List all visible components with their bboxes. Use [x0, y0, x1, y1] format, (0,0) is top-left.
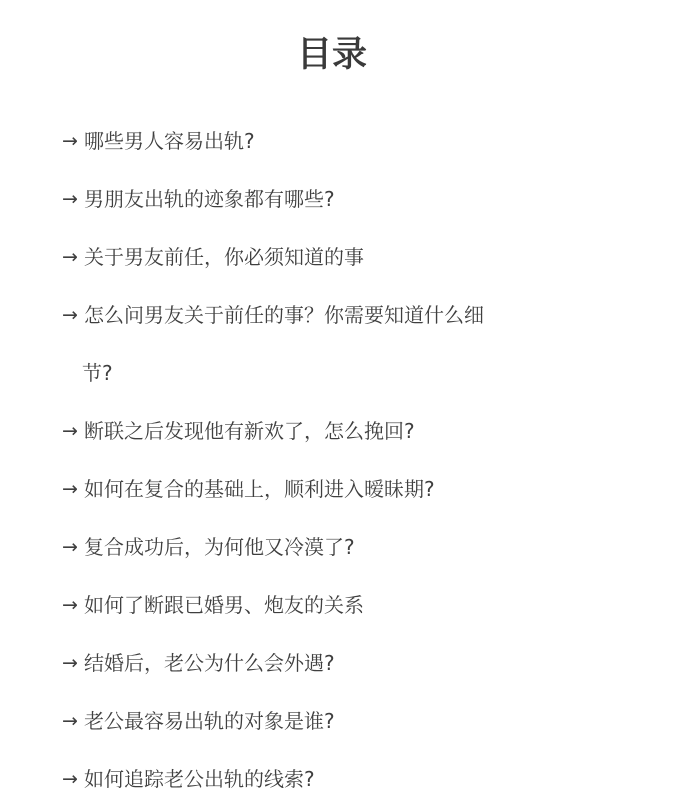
toc-item-3[interactable]: → 关于男友前任，你必须知道的事: [62, 228, 582, 286]
arrow-right-icon: →: [62, 634, 84, 692]
arrow-right-icon: →: [62, 286, 84, 344]
toc-item-label[interactable]: 如何了断跟已婚男、炮友的关系: [84, 576, 364, 634]
arrow-right-icon: →: [62, 750, 84, 805]
toc-item-label[interactable]: 男朋友出轨的迹象都有哪些?: [84, 170, 335, 228]
toc-item-2[interactable]: → 男朋友出轨的迹象都有哪些?: [62, 170, 582, 228]
toc-item-1[interactable]: → 哪些男人容易出轨?: [62, 112, 582, 170]
toc-item-label[interactable]: 如何追踪老公出轨的线索?: [84, 750, 315, 805]
arrow-right-icon: →: [62, 692, 84, 750]
toc-item-11[interactable]: → 如何追踪老公出轨的线索?: [62, 750, 582, 805]
toc-item-label[interactable]: 怎么问男友关于前任的事？你需要知道什么细: [84, 286, 484, 344]
toc-item-label-continuation[interactable]: 节?: [82, 344, 113, 402]
toc-item-9[interactable]: → 结婚后，老公为什么会外遇?: [62, 634, 582, 692]
arrow-right-icon: →: [62, 170, 84, 228]
toc-item-7[interactable]: → 复合成功后，为何他又冷漠了?: [62, 518, 582, 576]
toc-item-10[interactable]: → 老公最容易出轨的对象是谁?: [62, 692, 582, 750]
arrow-right-icon: →: [62, 402, 84, 460]
arrow-right-icon: →: [62, 518, 84, 576]
toc-item-label[interactable]: 哪些男人容易出轨?: [84, 112, 255, 170]
arrow-right-icon: →: [62, 112, 84, 170]
toc-item-label[interactable]: 老公最容易出轨的对象是谁?: [84, 692, 335, 750]
toc-item-5[interactable]: → 断联之后发现他有新欢了，怎么挽回?: [62, 402, 582, 460]
arrow-right-icon: →: [62, 228, 84, 286]
toc-item-6[interactable]: → 如何在复合的基础上，顺利进入暧昧期?: [62, 460, 582, 518]
toc-item-label[interactable]: 关于男友前任，你必须知道的事: [84, 228, 364, 286]
arrow-right-icon: →: [62, 460, 84, 518]
toc-item-label[interactable]: 断联之后发现他有新欢了，怎么挽回?: [84, 402, 415, 460]
toc-item-4[interactable]: → 怎么问男友关于前任的事？你需要知道什么细: [62, 286, 582, 344]
toc-item-4-continuation[interactable]: 节?: [62, 344, 582, 402]
toc-item-label[interactable]: 复合成功后，为何他又冷漠了?: [84, 518, 355, 576]
toc-item-8[interactable]: → 如何了断跟已婚男、炮友的关系: [62, 576, 582, 634]
table-of-contents: → 哪些男人容易出轨? → 男朋友出轨的迹象都有哪些? → 关于男友前任，你必须…: [62, 112, 582, 805]
page-title: 目录: [0, 30, 664, 80]
toc-item-label[interactable]: 结婚后，老公为什么会外遇?: [84, 634, 335, 692]
toc-item-label[interactable]: 如何在复合的基础上，顺利进入暧昧期?: [84, 460, 435, 518]
arrow-right-icon: →: [62, 576, 84, 634]
